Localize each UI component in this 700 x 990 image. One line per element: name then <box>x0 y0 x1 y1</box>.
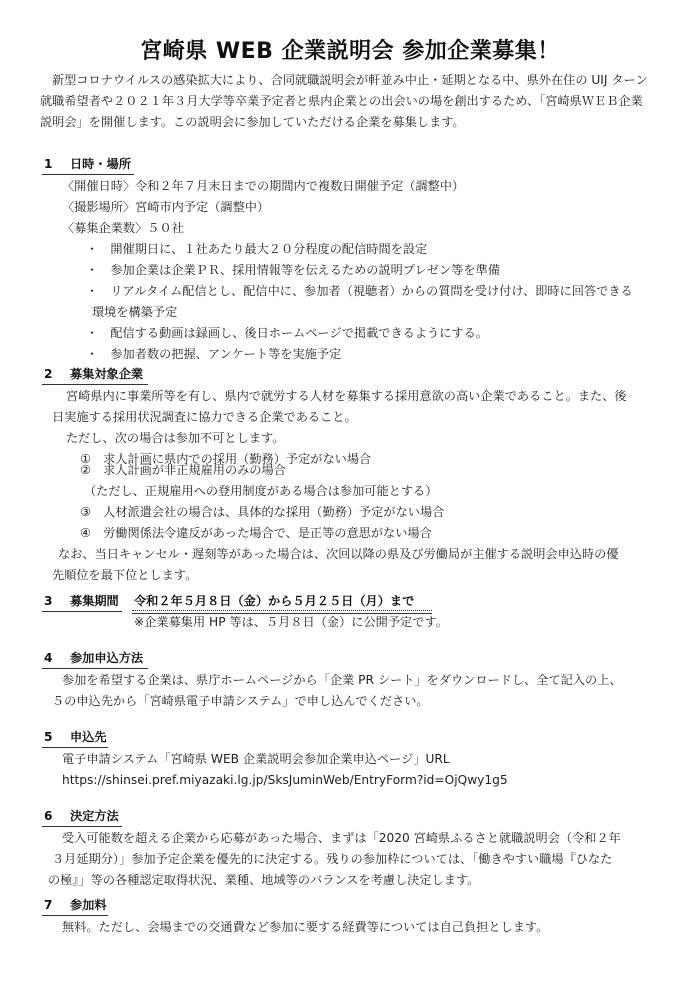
application-url-link[interactable]: https://shinsei.pref.miyazaki.lg.jp/SksJ… <box>62 772 508 788</box>
heading-underline <box>42 611 122 612</box>
body-line: 日実施する採用状況調査に協力できる企業であること。 <box>52 409 357 425</box>
bullet-item: ・ 配信する動画は録画し、後日ホームページで掲載できるようにする。 <box>86 325 488 341</box>
body-line: 宮崎県内に事業所等を有し、県内で就労する人材を募集する採用意欲の高い企業であるこ… <box>66 388 627 404</box>
section-heading-1: 1日時・場所 <box>44 156 131 172</box>
section-heading-6: 6決定方法 <box>44 808 119 824</box>
bullet-item-cont: 環境を構築予定 <box>92 304 177 320</box>
body-line: 受入可能数を超える企業から応募があった場合、まずは「2020 宮崎県ふるさと就職… <box>62 830 621 846</box>
section-title: 決定方法 <box>70 809 119 823</box>
section-heading-4: 4参加申込方法 <box>44 650 143 666</box>
body-line: 電子申請システム「宮崎県 WEB 企業説明会参加企業申込ページ」URL <box>62 751 450 767</box>
condition-note: （ただし、正規雇用への登用制度がある場合は参加可能とする） <box>84 483 437 499</box>
section-title: 参加料 <box>70 898 107 912</box>
bullet-item: ・ 参加企業は企業ＰＲ、採用情報等を伝えるための説明プレゼン等を準備 <box>86 262 500 278</box>
heading-underline <box>42 826 122 827</box>
section-number: 4 <box>44 650 70 666</box>
condition-item: ④ 労働関係法令違反があった場合で、是正等の意思がない場合 <box>80 525 432 541</box>
intro-line: 就職希望者や２０２１年３月大学等卒業予定者と県内企業との出会いの場を創出するため… <box>40 93 643 109</box>
body-line: 無料。ただし、会場までの交通費など参加に要する経費等については自己負担とします。 <box>62 919 548 935</box>
section-number: 3 <box>44 593 70 609</box>
section-number: 7 <box>44 897 70 913</box>
section-number: 6 <box>44 808 70 824</box>
intro-line: 新型コロナウイルスの感染拡大により、合同就職説明会が軒並み中止・延期となる中、県… <box>52 72 648 88</box>
section-heading-5: 5申込先 <box>44 729 107 745</box>
note-line: ※企業募集用 HP 等は、５月８日（金）に公開予定です。 <box>134 614 448 630</box>
heading-underline <box>42 668 148 669</box>
section-title: 参加申込方法 <box>70 651 143 665</box>
section-title: 募集期間 <box>70 594 119 608</box>
body-line: なお、当日キャンセル・遅刻等があった場合は、次回以降の県及び労働局が主催する説明… <box>58 546 619 562</box>
section-number: 1 <box>44 156 70 172</box>
section-heading-2: 2募集対象企業 <box>44 366 143 382</box>
recruitment-period: 令和２年５月８日（金）から５月２５日（月）まで <box>134 593 414 609</box>
page-title: 宮崎県 WEB 企業説明会 参加企業募集！ <box>0 34 700 65</box>
body-line: ただし、次の場合は参加不可とします。 <box>66 430 284 446</box>
section-title: 募集対象企業 <box>70 367 143 381</box>
schedule-line: 〈開催日時〉令和２年７月末日までの期間内で複数日開催予定（調整中） <box>62 178 464 194</box>
document-page: 宮崎県 WEB 企業説明会 参加企業募集！ 新型コロナウイルスの感染拡大により、… <box>0 0 700 990</box>
section-heading-7: 7参加料 <box>44 897 107 913</box>
body-line: ３月延期分）」参加予定企業を優先的に決定する。残りの参加枠については、「働きやす… <box>52 851 612 867</box>
bullet-item: ・ 参加者数の把握、アンケート等を実施予定 <box>86 346 341 362</box>
section-number: 5 <box>44 729 70 745</box>
section-number: 2 <box>44 366 70 382</box>
company-count-line: 〈募集企業数〉５０社 <box>62 220 184 236</box>
heading-underline <box>42 174 134 175</box>
body-line: 参加を希望する企業は、県庁ホームページから「企業 PR シート」をダウンロードし… <box>62 672 622 688</box>
intro-line: 説明会」を開催します。この説明会に参加していただける企業を募集します。 <box>40 114 465 130</box>
body-line: 先順位を最下位とします。 <box>52 567 197 583</box>
body-line: の極』」等の各種認定取得状況、業種、地域等のバランスを考慮し決定します。 <box>48 872 479 888</box>
section-heading-3: 3募集期間 <box>44 593 119 609</box>
condition-item: ② 求人計画が非正規雇用のみの場合 <box>80 462 286 478</box>
section-title: 申込先 <box>70 730 107 744</box>
bullet-item: ・ リアルタイム配信とし、配信中に、参加者（視聴者）からの質問を受け付け、即時に… <box>86 283 633 299</box>
condition-item: ③ 人材派遣会社の場合は、具体的な採用（勤務）予定がない場合 <box>80 504 444 520</box>
heading-underline <box>42 747 108 748</box>
section-title: 日時・場所 <box>70 157 131 171</box>
location-line: 〈撮影場所〉宮崎市内予定（調整中） <box>62 199 269 215</box>
bullet-item: ・ 開催期日に、１社あたり最大２０分程度の配信時間を設定 <box>86 241 427 257</box>
heading-underline <box>42 384 148 385</box>
body-line: ５の申込先から「宮崎県電子申請システム」で申し込んでください。 <box>52 693 429 709</box>
heading-underline <box>42 915 108 916</box>
